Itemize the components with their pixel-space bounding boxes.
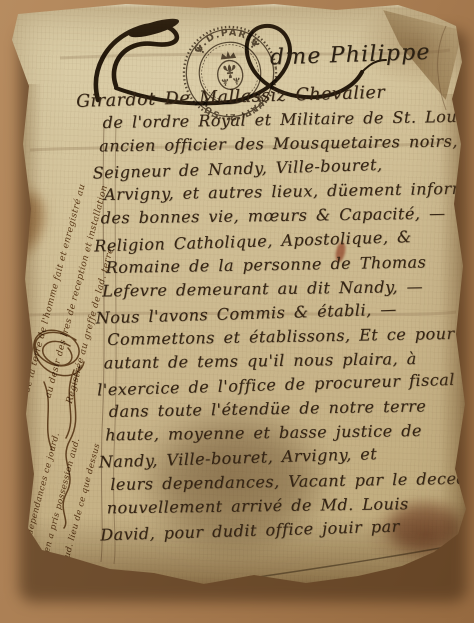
manuscript-scene: G.D.PARIS PAP. 2. SO dme Philippe Girard… xyxy=(0,0,474,623)
parchment-page: G.D.PARIS PAP. 2. SO dme Philippe Girard… xyxy=(6,4,468,590)
